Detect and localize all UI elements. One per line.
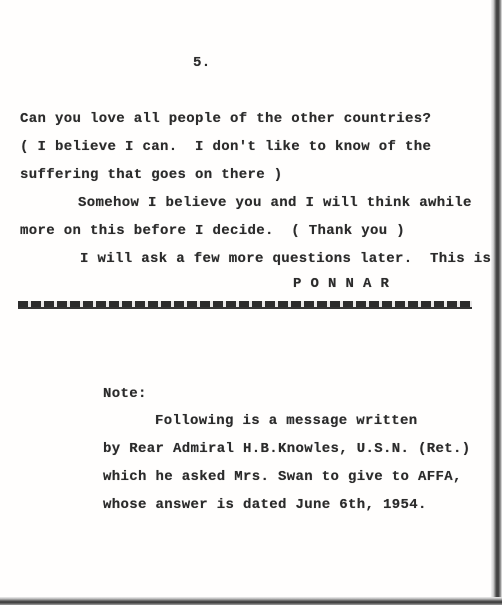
note-line: which he asked Mrs. Swan to give to AFFA…	[103, 470, 462, 484]
signature-ponnar: P O N N A R	[293, 277, 389, 291]
scan-shadow-bottom-edge	[0, 597, 502, 605]
body-line: I will ask a few more questions later. T…	[80, 252, 491, 266]
body-line: more on this before I decide. ( Thank yo…	[20, 224, 405, 238]
typed-dashed-divider	[18, 301, 472, 309]
scan-shadow-right-edge	[491, 0, 502, 603]
note-line: by Rear Admiral H.B.Knowles, U.S.N. (Ret…	[103, 442, 471, 456]
body-line: Somehow I believe you and I will think a…	[78, 196, 472, 210]
body-line: ( I believe I can. I don't like to know …	[20, 140, 431, 154]
note-line: Following is a message written	[155, 414, 418, 428]
note-label: Note:	[103, 387, 147, 401]
page-number: 5.	[193, 56, 211, 70]
body-line: Can you love all people of the other cou…	[20, 112, 431, 126]
document-page: 5. Can you love all people of the other …	[0, 0, 496, 600]
scanned-document: 5. Can you love all people of the other …	[0, 0, 504, 607]
note-line: whose answer is dated June 6th, 1954.	[103, 498, 427, 512]
body-line: suffering that goes on there )	[20, 168, 283, 182]
